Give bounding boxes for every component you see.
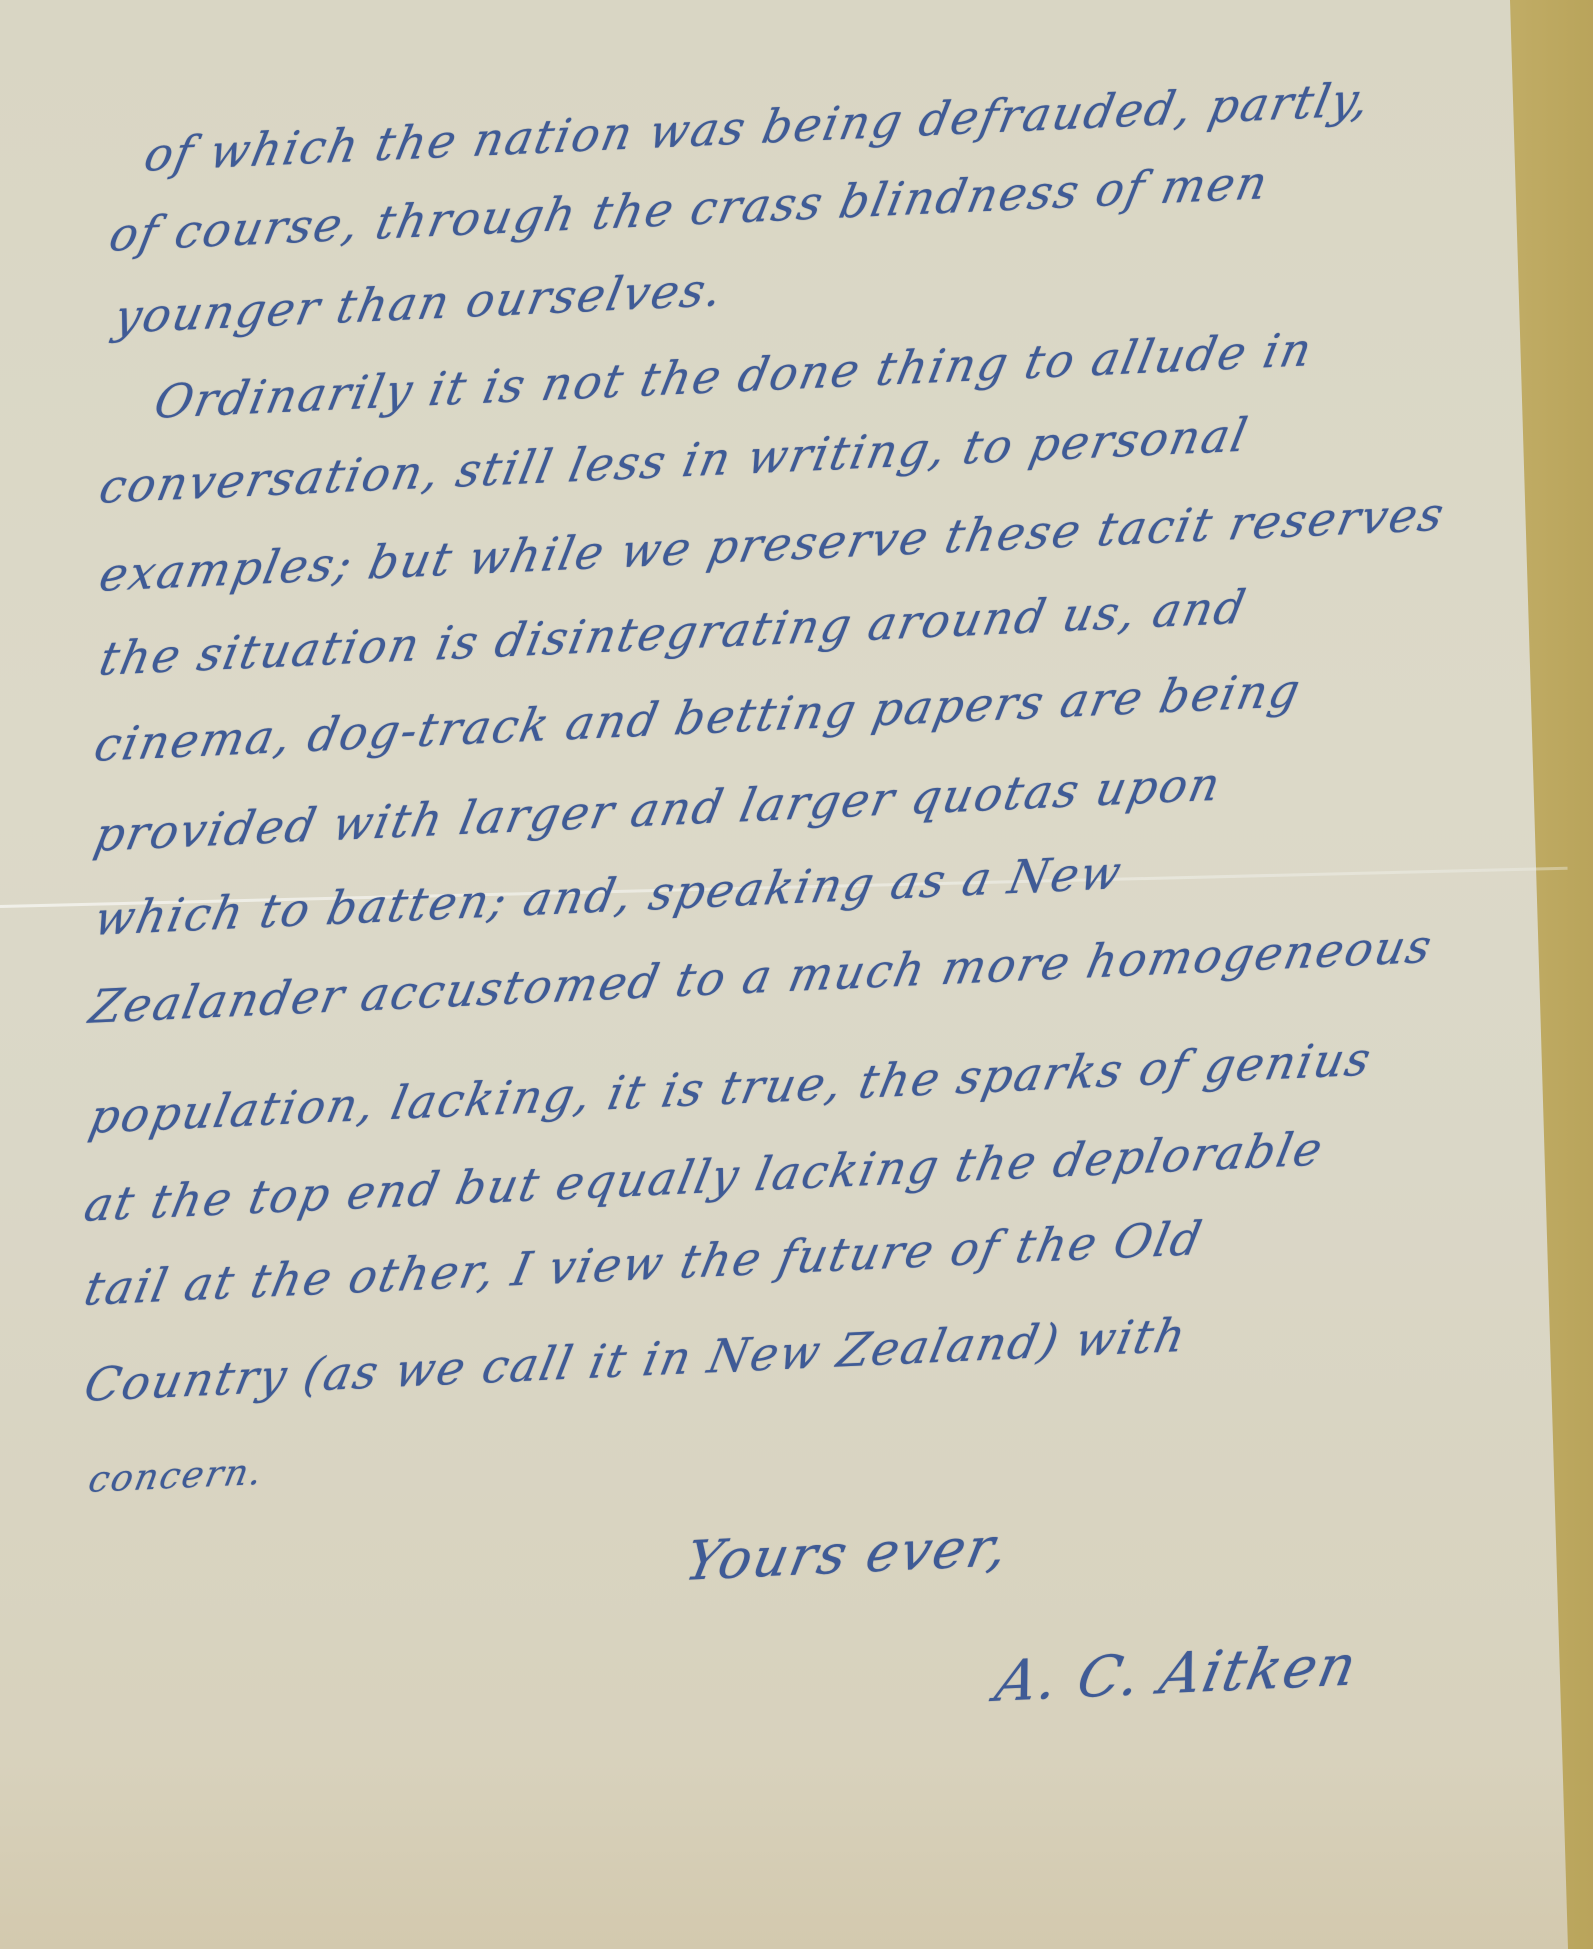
letter-line: concern.: [85, 1452, 268, 1501]
